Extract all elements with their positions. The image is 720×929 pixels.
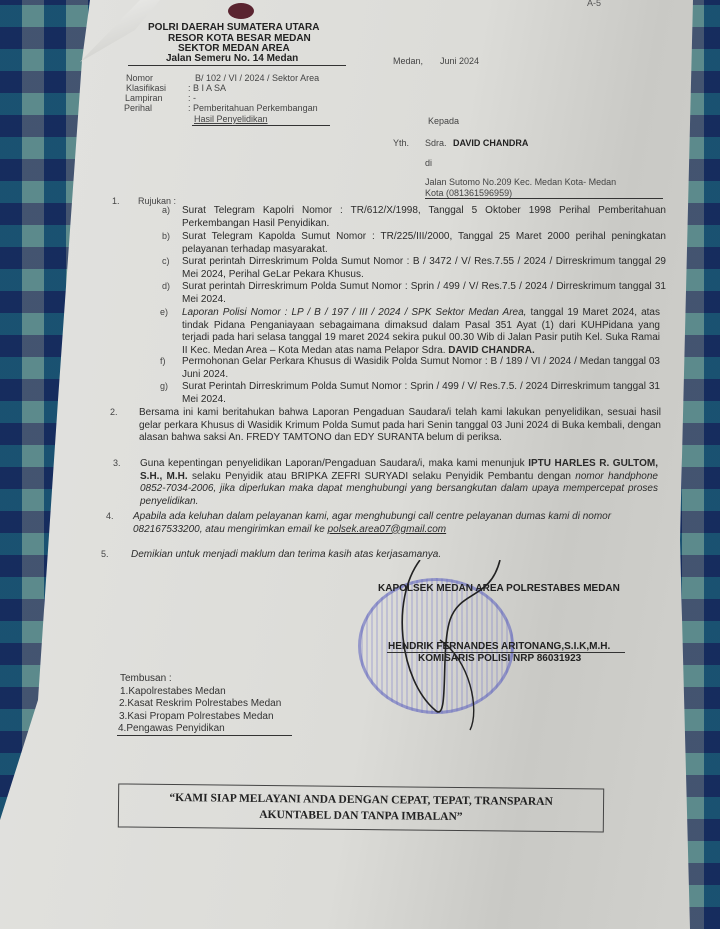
rujukan-letter: a) [162, 205, 170, 215]
meta-label-nomor: Nomor [126, 73, 153, 83]
recipient-address-2: Kota (081361596959) [425, 188, 512, 198]
page-tag: A-5 [587, 0, 601, 8]
recipient-name: DAVID CHANDRA [453, 138, 528, 148]
rujukan-letter: e) [160, 307, 168, 317]
section-3-number: 3. [113, 458, 121, 468]
rujukan-letter: c) [162, 256, 170, 266]
section-5-number: 5. [101, 549, 109, 559]
yth-label: Yth. [393, 138, 409, 148]
di-label: di [425, 158, 432, 168]
meta-value-lampiran: : - [188, 93, 196, 103]
rujukan-item: Surat perintah Dirreskrimum Polda Sumut … [182, 256, 666, 281]
meta-label-klasifikasi: Klasifikasi [126, 83, 166, 93]
meta-label-perihal: Perihal [124, 103, 152, 113]
rujukan-letter: b) [162, 231, 170, 241]
section-2-number: 2. [110, 407, 118, 417]
section-3-text: Guna kepentingan penyelidikan Laporan/Pe… [140, 458, 658, 508]
tembusan-item: 4.Pengawas Penyidikan [118, 723, 225, 734]
meta-value-perihal: : Pemberitahuan Perkembangan [188, 103, 318, 113]
tembusan-title: Tembusan : [120, 673, 172, 684]
section-4-text: Apabila ada keluhan dalam pelayanan kami… [133, 511, 653, 536]
rujukan-item-bold: DAVID CHANDRA. [446, 345, 535, 356]
date: Juni 2024 [440, 56, 479, 66]
header-divider [128, 65, 346, 66]
signature-title: KAPOLSEK MEDAN AREA POLRESTABES MEDAN [378, 583, 620, 594]
police-emblem-icon [228, 3, 254, 19]
rujukan-item: Surat Perintah Dirreskrimum Polda Sumut … [182, 381, 660, 406]
section-3-text-part: selaku Penyidik atau BRIPKA ZEFRI SURYAD… [188, 471, 576, 482]
rujukan-item: Laporan Polisi Nomor : LP / B / 197 / II… [182, 307, 660, 357]
recipient-prefix: Sdra. [425, 138, 447, 148]
rujukan-letter: f) [160, 356, 166, 366]
rujukan-letter: d) [162, 281, 170, 291]
place: Medan, [393, 56, 423, 66]
header-address: Jalan Semeru No. 14 Medan [166, 53, 298, 64]
email-link[interactable]: polsek.area07@gmail.com [328, 524, 447, 535]
perihal-underline [192, 125, 330, 126]
rujukan-item: Surat perintah Dirreskrimum Polda Sumut … [182, 281, 666, 306]
rujukan-item: Surat Telegram Kapolri Nomor : TR/612/X/… [182, 205, 666, 230]
signatory-name: HENDRIK FERNANDES ARITONANG,S.I.K,M.H. [388, 641, 610, 652]
rujukan-item: Permohonan Gelar Perkara Khusus di Wasid… [182, 356, 660, 381]
meta-value-perihal-2: Hasil Penyelidikan [194, 114, 268, 124]
section-4-number: 4. [106, 511, 114, 521]
tembusan-underline [117, 735, 292, 736]
header-line-1: POLRI DAERAH SUMATERA UTARA [148, 22, 319, 33]
tembusan-item: 1.Kapolrestabes Medan [120, 686, 226, 697]
rujukan-item: Surat Telegram Kapolda Sumut Nomor : TR/… [182, 231, 666, 256]
rujukan-letter: g) [160, 381, 168, 391]
recipient-address-1: Jalan Sutomo No.209 Kec. Medan Kota- Med… [425, 177, 616, 187]
meta-value-klasifikasi: : B I A SA [188, 83, 226, 93]
section-2-text: Bersama ini kami beritahukan bahwa Lapor… [139, 407, 661, 445]
section-3-text-part: Guna kepentingan penyelidikan Laporan/Pe… [140, 458, 528, 469]
meta-value-nomor: B/ 102 / VI / 2024 / Sektor Area [195, 73, 319, 83]
meta-label-lampiran: Lampiran [125, 93, 163, 103]
section-1-title: Rujukan : [138, 196, 176, 206]
motto-box: “KAMI SIAP MELAYANI ANDA DENGAN CEPAT, T… [118, 783, 604, 832]
recipient-underline [425, 198, 663, 199]
section-1-number: 1. [112, 196, 120, 206]
tembusan-item: 2.Kasat Reskrim Polrestabes Medan [119, 698, 281, 709]
rujukan-item-italic: Laporan Polisi Nomor : LP / B / 197 / II… [182, 307, 526, 318]
tembusan-item: 3.Kasi Propam Polrestabes Medan [119, 711, 274, 722]
signatory-rank: KOMISARIS POLISI NRP 86031923 [418, 653, 581, 664]
kepada-label: Kepada [428, 116, 459, 126]
